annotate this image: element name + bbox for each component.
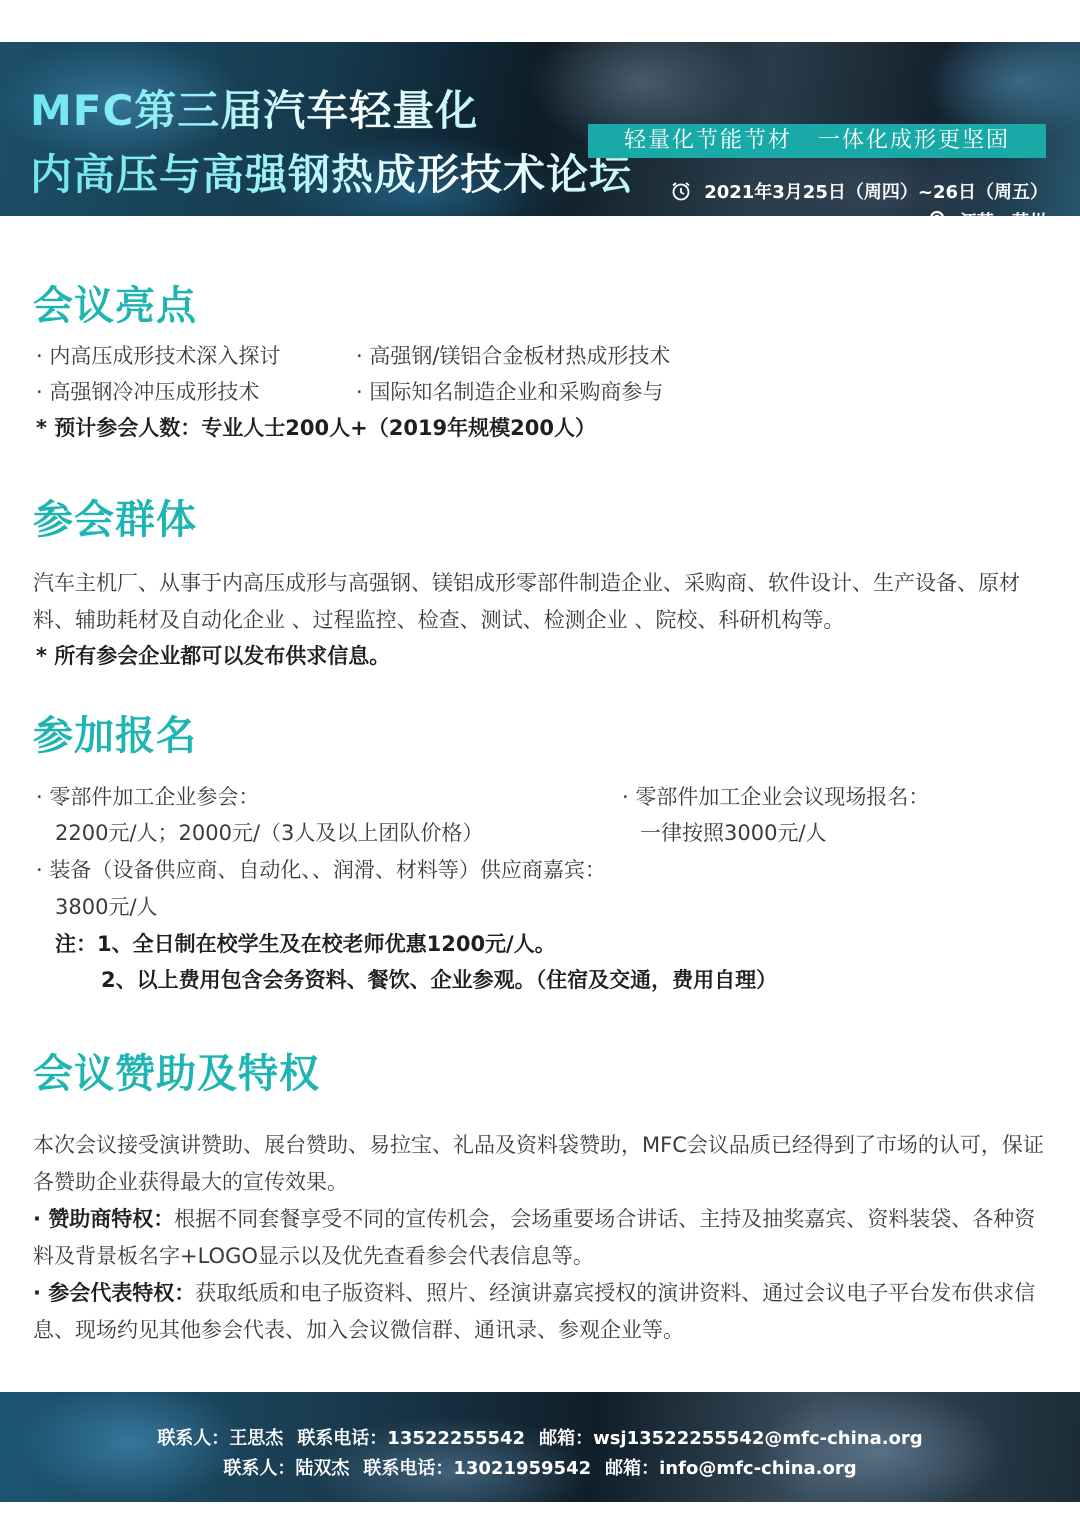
header-banner: MFC第三届汽车轻量化 内高压与高强钢热成形技术论坛 轻量化节能节材一体化成形更… [0, 42, 1080, 216]
slogan-2: 一体化成形更坚固 [818, 128, 1010, 153]
highlight-item: · 国际知名制造企业和采购商参与 [356, 374, 663, 410]
event-date-text: 2021年3月25日（周四）~26日（周五） [704, 178, 1048, 204]
sponsorship-intro: 本次会议接受演讲赞助、展台赞助、易拉宝、礼品及资料袋赞助，MFC会议品质已经得到… [33, 1127, 1053, 1201]
event-date: 2021年3月25日（周四）~26日（周五） [670, 178, 1048, 204]
highlight-item: · 内高压成形技术深入探讨 [36, 338, 280, 374]
highlight-item: · 高强钢/镁铝合金板材热成形技术 [356, 338, 670, 374]
audience-description: 汽车主机厂、从事于内高压成形与高强钢、镁铝成形零部件制造企业、采购商、软件设计、… [33, 565, 1053, 639]
map-pin-icon [926, 209, 948, 217]
sponsor-privileges: · 赞助商特权：根据不同套餐享受不同的宣传机会，会场重要场合讲话、主持及抽奖嘉宾… [33, 1201, 1053, 1275]
contact-name: 联系人：王思杰 [157, 1428, 283, 1449]
contact-email[interactable]: 邮箱：wsj13522255542@mfc-china.org [539, 1428, 923, 1449]
event-title-line1: MFC第三届汽车轻量化 [30, 78, 478, 138]
sponsor-privileges-text: 根据不同套餐享受不同的宣传机会，会场重要场合讲话、主持及抽奖嘉宾、资料装袋、各种… [33, 1207, 1035, 1268]
section-title-audience: 参会群体 [33, 488, 197, 545]
event-location: 江苏 · 苏州 [926, 207, 1046, 216]
sponsor-privileges-label: · 赞助商特权： [33, 1207, 174, 1231]
section-title-registration: 参加报名 [33, 704, 197, 761]
contact-phone[interactable]: 联系电话：13021959542 [363, 1458, 591, 1479]
section-title-sponsorship: 会议赞助及特权 [33, 1042, 320, 1099]
alarm-clock-icon [670, 180, 692, 202]
event-location-text: 江苏 · 苏州 [960, 207, 1046, 216]
registration-item-label: · 零部件加工企业会议现场报名： [622, 779, 929, 815]
slogan-1: 轻量化节能节材 [624, 128, 792, 153]
delegate-privileges: · 参会代表特权：获取纸质和电子版资料、照片、经演讲嘉宾授权的演讲资料、通过会议… [33, 1275, 1053, 1349]
registration-item-price: 2200元/人；2000元/（3人及以上团队价格） [55, 815, 483, 851]
contact-row: 联系人：陆双杰联系电话：13021959542邮箱：info@mfc-china… [0, 1454, 1080, 1480]
registration-item-label: · 零部件加工企业参会： [36, 779, 259, 815]
registration-note-1: 注：1、全日制在校学生及在校老师优惠1200元/人。 [55, 926, 556, 962]
registration-item-label: · 装备（设备供应商、自动化、、润滑、材料等）供应商嘉宾： [36, 852, 606, 888]
delegate-privileges-label: · 参会代表特权： [33, 1281, 195, 1305]
registration-note-2: 2、以上费用包含会务资料、餐饮、企业参观。（住宿及交通，费用自理） [101, 962, 777, 998]
contact-email[interactable]: 邮箱：info@mfc-china.org [605, 1458, 857, 1479]
audience-note: * 所有参会企业都可以发布供求信息。 [36, 638, 390, 674]
registration-item-price: 一律按照3000元/人 [640, 815, 827, 851]
contact-name: 联系人：陆双杰 [223, 1458, 349, 1479]
section-title-highlights: 会议亮点 [33, 274, 197, 331]
highlight-item: · 高强钢冷冲压成形技术 [36, 374, 259, 410]
registration-item-price: 3800元/人 [55, 889, 158, 925]
contact-row: 联系人：王思杰联系电话：13522255542邮箱：wsj13522255542… [0, 1424, 1080, 1450]
event-title-line2: 内高压与高强钢热成形技术论坛 [30, 142, 632, 202]
attendance-estimate: * 预计参会人数：专业人士200人+（2019年规模200人） [36, 410, 596, 446]
contact-phone[interactable]: 联系电话：13522255542 [297, 1428, 525, 1449]
slogan-bar: 轻量化节能节材一体化成形更坚固 [588, 124, 1046, 158]
